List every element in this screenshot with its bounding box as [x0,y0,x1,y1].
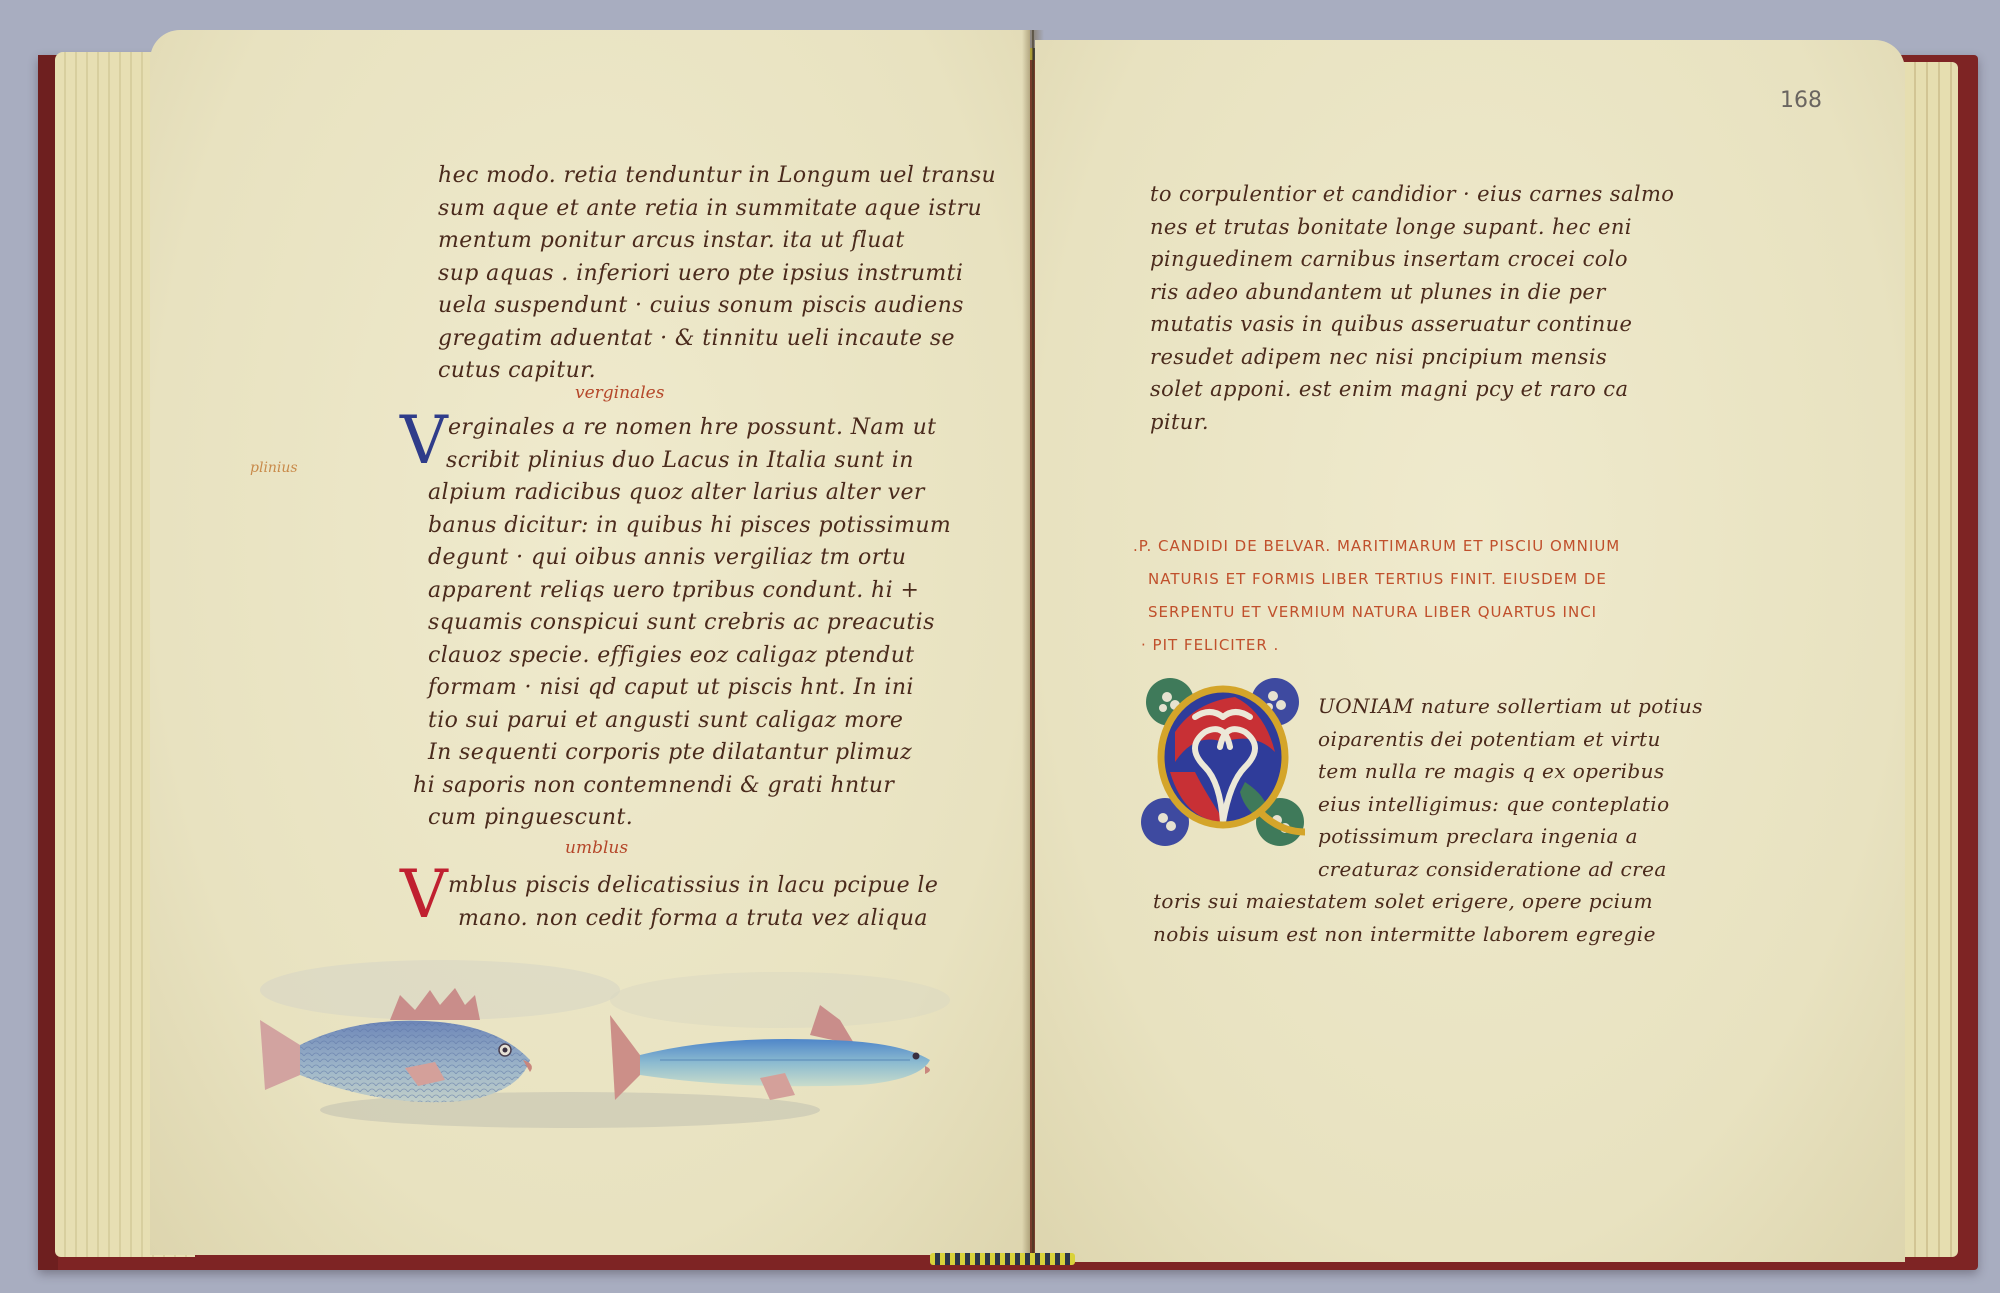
text-line: potissimum preclara ingenia a [1318,820,1703,853]
text-line: nes et trutas bonitate longe supant. hec… [1150,211,1674,244]
text-line: tio sui parui et angusti sunt caligaz mo… [428,705,951,738]
rubric-line: .P. CANDIDI DE BELVAR. MARITIMARUM ET PI… [1133,530,1620,563]
text-line: mutatis vasis in quibus asseruatur conti… [1150,308,1674,341]
headband-bottom [930,1253,1075,1265]
initial-v-blue: V [400,408,448,474]
text-line: nobis uisum est non intermitte laborem e… [1153,918,1656,951]
left-para-1: hec modo. retia tenduntur in Longum uel … [438,160,996,388]
text-line: mano. non cedit forma a truta vez aliqua [458,903,938,936]
text-line: In sequenti corporis pte dilatantur plim… [428,737,951,770]
text-line: gregatim aduentat · & tinnitu ueli incau… [438,323,996,356]
text-line: resudet adipem nec nisi pncipium mensis [1150,341,1674,374]
text-line: formam · nisi qd caput ut piscis hnt. In… [428,672,951,705]
text-line: eius intelligimus: que conteplatio [1318,788,1703,821]
text-line: scribit plinius duo Lacus in Italia sunt… [446,445,951,478]
text-line: pinguedinem carnibus insertam crocei col… [1150,243,1674,276]
text-line: hi saporis non contemnendi & grati hntur [413,770,951,803]
text-line: sum aque et ante retia in summitate aque… [438,193,996,226]
text-line: degunt · qui oibus annis vergiliaz tm or… [428,542,951,575]
text-line: pitur. [1150,406,1674,439]
text-line: solet apponi. est enim magni pcy et raro… [1150,373,1674,406]
fish-illustration [240,960,960,1130]
right-para-2-full: toris sui maiestatem solet erigere, oper… [1153,885,1656,950]
text-line: erginales a re nomen hre possunt. Nam ut [448,412,951,445]
rubric-line: SERPENTU ET VERMIUM NATURA LIBER QUARTUS… [1148,596,1620,629]
right-para-1: to corpulentior et candidior · eius carn… [1150,178,1674,438]
text-line: hec modo. retia tenduntur in Longum uel … [438,160,996,193]
left-para-2: erginales a re nomen hre possunt. Nam ut… [448,412,951,835]
text-line: cutus capitur. [438,355,996,388]
text-line: clauoz specie. effigies eoz caligaz pten… [428,640,951,673]
initial-v-red: V [400,862,448,928]
rubric-line: · PIT FELICITER . [1141,629,1620,662]
text-line: ris adeo abundantem ut plunes in die per [1150,276,1674,309]
text-line: uela suspendunt · cuius sonum piscis aud… [438,290,996,323]
text-line: to corpulentior et candidior · eius carn… [1150,178,1674,211]
text-line: mentum ponitur arcus instar. ita ut flua… [438,225,996,258]
text-line: alpium radicibus quoz alter larius alter… [428,477,951,510]
right-para-2-indented: UONIAM nature sollertiam ut potius oipar… [1318,690,1703,885]
text-line: toris sui maiestatem solet erigere, oper… [1153,885,1656,918]
text-line: oiparentis dei potentiam et virtu [1318,723,1703,756]
explicit-incipit-rubric: .P. CANDIDI DE BELVAR. MARITIMARUM ET PI… [1133,530,1620,662]
left-para-3: mblus piscis delicatissius in lacu pcipu… [448,870,938,935]
folio-number: 168 [1780,88,1822,113]
rubric-line: NATURIS ET FORMIS LIBER TERTIUS FINIT. E… [1148,563,1620,596]
text-line: squamis conspicui sunt crebris ac preacu… [428,607,951,640]
heading-verginales: verginales [575,383,664,403]
text-line: banus dicitur: in quibus hi pisces potis… [428,510,951,543]
text-line: mblus piscis delicatissius in lacu pcipu… [448,870,938,903]
text-line: sup aquas . inferiori uero pte ipsius in… [438,258,996,291]
heading-umblus: umblus [565,838,628,858]
text-line: cum pinguescunt. [428,802,951,835]
text-line: creaturaz consideratione ad crea [1318,853,1703,886]
text-line: tem nulla re magis q ex operibus [1318,755,1703,788]
margin-note-plinius: plinius [250,460,298,476]
text-line: apparent reliqs uero tpribus condunt. hi… [428,575,951,608]
text-line: UONIAM nature sollertiam ut potius [1318,690,1703,723]
illuminated-initial-q [1135,672,1310,852]
